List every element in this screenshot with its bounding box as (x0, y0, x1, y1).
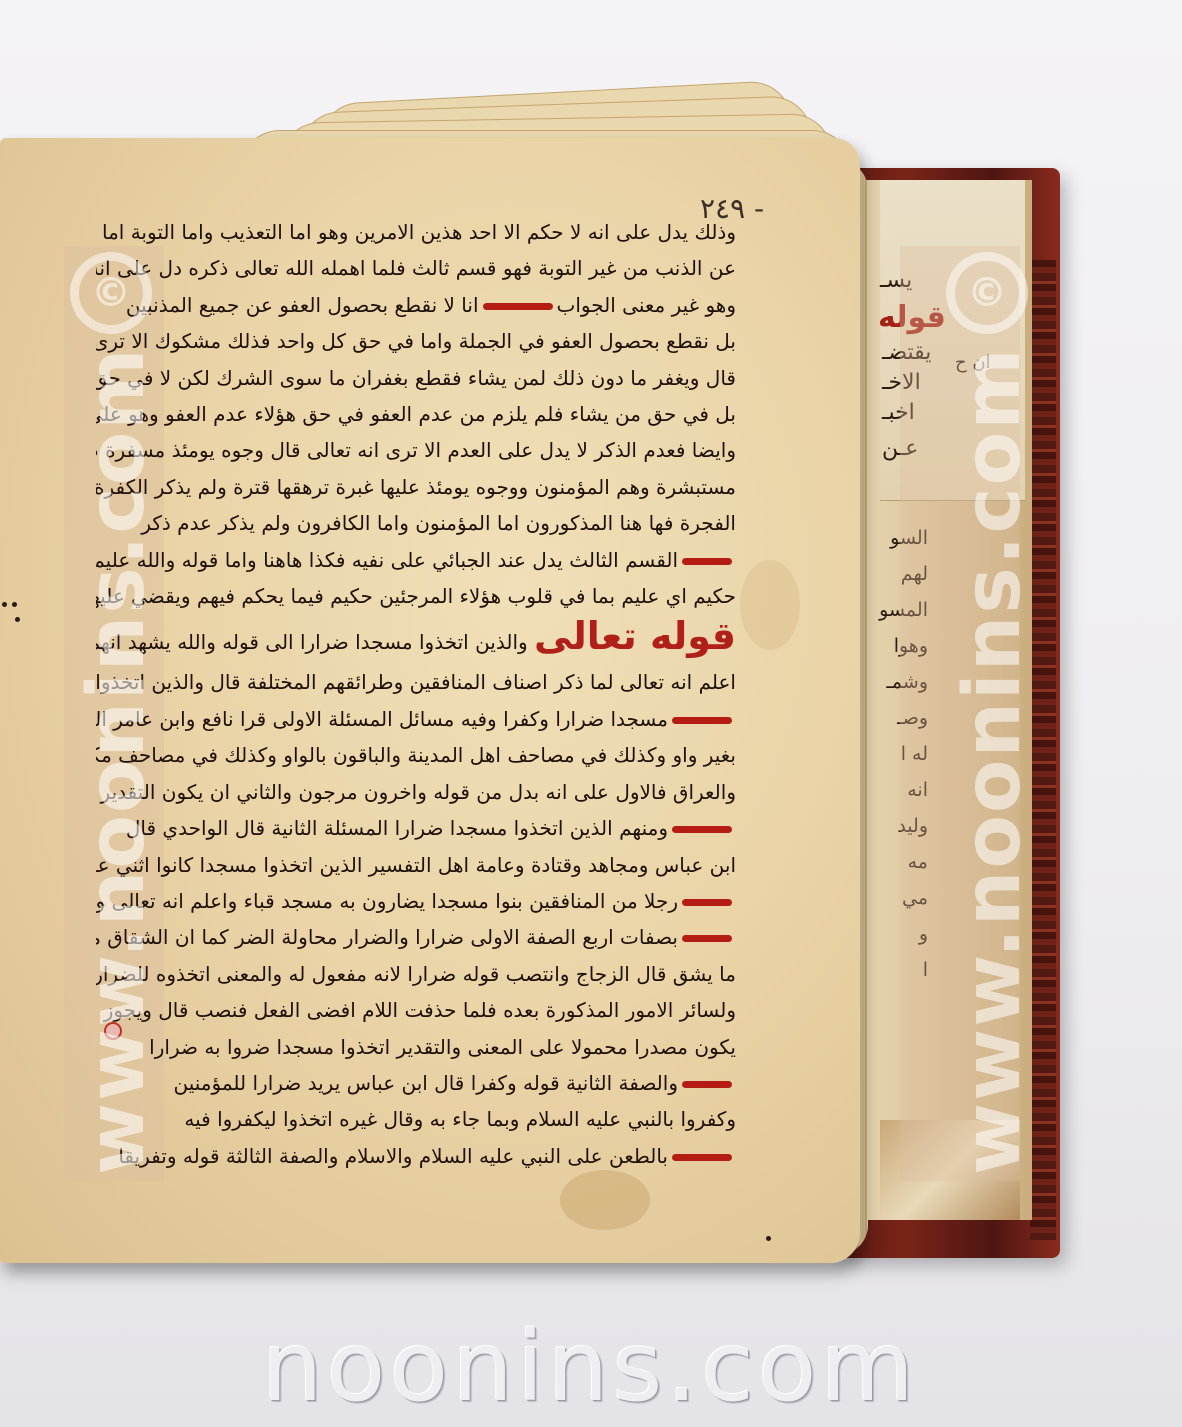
text-line: حكيم اي عليم بما في قلوب هؤلاء المرجئين … (96, 578, 736, 614)
text-line: ومنهم الذين اتخذوا مسجدا ضرارا المسئلة ا… (96, 810, 736, 846)
text-segment: والصفة الثانية قوله وكفرا قال ابن عباس ي… (174, 1071, 679, 1095)
text-line: وهو غير معنى الجوابانا لا نقطع بحصول الع… (96, 287, 736, 323)
text-line: بل نقطع بحصول العفو في الجملة واما في حق… (96, 323, 736, 359)
ink-dot (12, 602, 17, 607)
watermark-left: www.noonins.com (72, 347, 162, 1175)
ink-dot (2, 602, 7, 607)
text-segment: بالطعن على النبي عليه السلام والاسلام وا… (118, 1144, 668, 1168)
text-line: وايضا فعدم الذكر لا يدل على العدم الا تر… (96, 432, 736, 468)
manuscript-text: وذلك يدل على انه لا حكم الا احد هذين الا… (96, 214, 736, 1174)
text-line: والعراق فالاول على انه بدل من قوله واخرو… (96, 774, 736, 810)
text-line: يكون مصدرا محمولا على المعنى والتقدير ات… (96, 1029, 736, 1065)
text-line: قوله تعالى والذين اتخذوا مسجدا ضرارا الى… (96, 614, 736, 664)
paper-stain (560, 1170, 650, 1230)
rubric-overline (682, 935, 732, 942)
text-line: ولسائر الامور المذكورة بعده فلما حذفت ال… (96, 992, 736, 1028)
rubric-overline (672, 1154, 732, 1161)
text-line: الفجرة فها هنا المذكورون اما المؤمنون وا… (96, 505, 736, 541)
text-line: قال ويغفر ما دون ذلك لمن يشاء فقطع بغفرا… (96, 360, 736, 396)
paper-stain (740, 560, 800, 650)
footer-watermark: noonins.com (240, 1322, 940, 1412)
copyright-icon: © (946, 252, 1028, 334)
text-line: وكفروا بالنبي عليه السلام وبما جاء به وق… (96, 1101, 736, 1137)
text-segment: القسم الثالث يدل عند الجبائي على نفيه فك… (96, 548, 678, 572)
rubric-overline (682, 1081, 732, 1088)
text-line: مسجدا ضرارا وكفرا وفيه مسائل المسئلة الا… (96, 701, 736, 737)
text-line: وذلك يدل على انه لا حكم الا احد هذين الا… (96, 214, 736, 250)
text-line: بغير واو وكذلك في مصاحف اهل المدينة والب… (96, 737, 736, 773)
ink-dot (15, 617, 20, 622)
folio-dash: - (754, 192, 764, 225)
text-line: بل في حق من يشاء فلم يلزم من عدم العفو ف… (96, 396, 736, 432)
text-segment: مسجدا ضرارا وكفرا وفيه مسائل المسئلة الا… (96, 707, 668, 731)
text-line: القسم الثالث يدل عند الجبائي على نفيه فك… (96, 542, 736, 578)
ink-dot (766, 1236, 771, 1241)
text-line: رجلا من المنافقين بنوا مسجدا يضارون به م… (96, 883, 736, 919)
text-line: بالطعن على النبي عليه السلام والاسلام وا… (96, 1138, 736, 1174)
text-segment: ومنهم الذين اتخذوا مسجدا ضرارا المسئلة ا… (126, 816, 668, 840)
text-line: مستبشرة وهم المؤمنون ووجوه يومئذ عليها غ… (96, 469, 736, 505)
text-line: عن الذنب من غير التوبة فهو قسم ثالث فلما… (96, 250, 736, 286)
text-segment: انا لا نقطع بحصول العفو عن جميع المذنبين (126, 293, 479, 317)
text-segment: رجلا من المنافقين بنوا مسجدا يضارون به م… (96, 889, 678, 913)
text-segment: بصفات اربع الصفة الاولى ضرارا والضرار مح… (96, 925, 678, 949)
watermark-right: www.noonins.com (948, 347, 1038, 1175)
rubric-overline (682, 558, 732, 565)
text-line: ما يشق قال الزجاج وانتصب قوله ضرارا لانه… (96, 956, 736, 992)
rubric-overline (672, 826, 732, 833)
rubric-heading: قوله تعالى (534, 614, 736, 658)
copyright-icon: © (70, 252, 152, 334)
text-line: والصفة الثانية قوله وكفرا قال ابن عباس ي… (96, 1065, 736, 1101)
text-segment: وهو غير معنى الجواب (557, 293, 736, 317)
rubric-overline (672, 717, 732, 724)
rubric-overline (682, 899, 732, 906)
text-line: ابن عباس ومجاهد وقتادة وعامة اهل التفسير… (96, 847, 736, 883)
text-line: بصفات اربع الصفة الاولى ضرارا والضرار مح… (96, 919, 736, 955)
text-line: اعلم انه تعالى لما ذكر اصناف المنافقين و… (96, 664, 736, 700)
rubric-overline (483, 303, 553, 310)
